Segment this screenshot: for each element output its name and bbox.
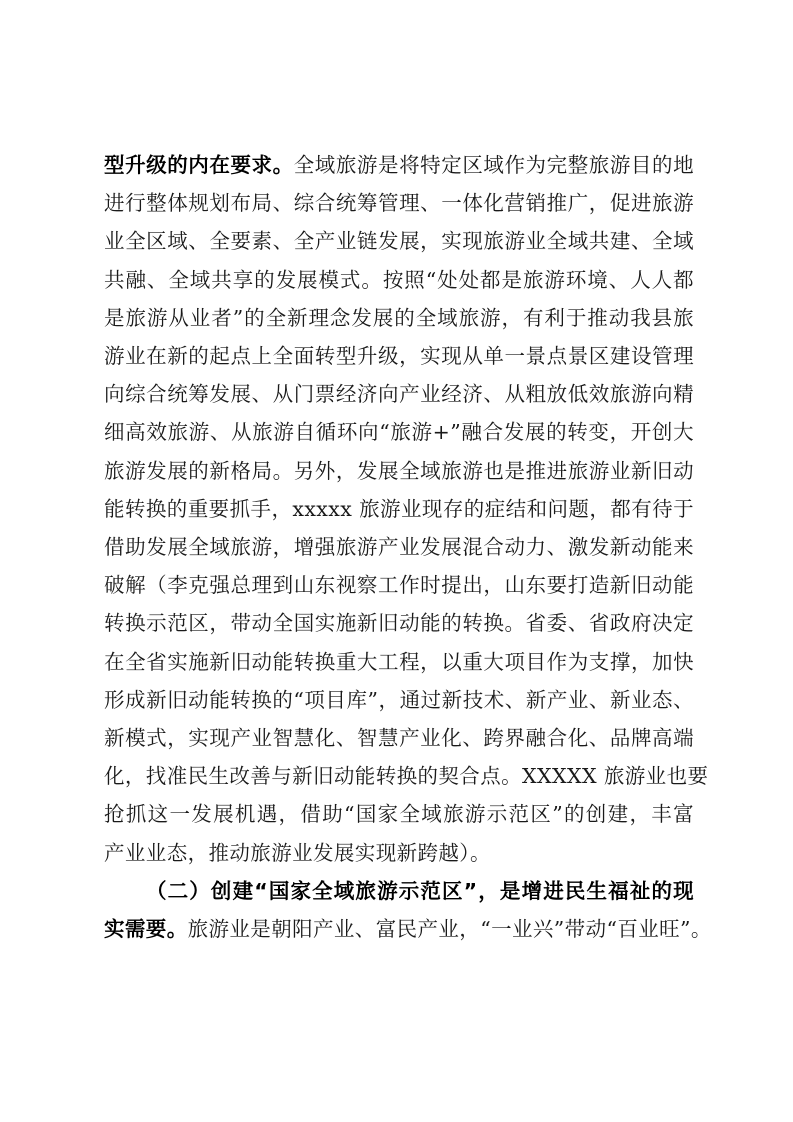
text-line: 向综合统筹发展、从门票经济向产业经济、从粗放低效旅游向精: [104, 375, 694, 413]
paragraph-2: （二）创建“国家全域旅游示范区”，是增进民生福祉的现 实需要。旅游业是朝阳产业、…: [104, 872, 694, 948]
text-line: 新模式，实现产业智慧化、智慧产业化、跨界融合化、品牌高端: [104, 719, 694, 757]
text-line: 细高效旅游、从旅游自循环向“旅游+”融合发展的转变，开创大: [104, 413, 694, 451]
text-line: 业全区域、全要素、全产业链发展，实现旅游业全域共建、全域: [104, 222, 694, 260]
text-line: 转换示范区，带动全国实施新旧动能的转换。省委、省政府决定: [104, 604, 694, 642]
section-heading: （二）创建“国家全域旅游示范区”，是增进民生福祉的现: [146, 879, 694, 903]
text-line: 在全省实施新旧动能转换重大工程，以重大项目作为支撑，加快: [104, 643, 694, 681]
line-text: 旅游业是朝阳产业、富民产业，“一业兴”带动“百业旺”。: [188, 917, 712, 941]
section-heading-tail: 实需要。: [104, 917, 188, 941]
text-line: 实需要。旅游业是朝阳产业、富民产业，“一业兴”带动“百业旺”。: [104, 910, 694, 948]
text-line: 破解（李克强总理到山东视察工作时提出，山东要打造新旧动能: [104, 566, 694, 604]
text-line: 化，找准民生改善与新旧动能转换的契合点。XXXXX 旅游业也要: [104, 757, 694, 795]
text-line: 产业业态，推动旅游业发展实现新跨越）。: [104, 834, 694, 872]
text-line: 旅游发展的新格局。另外，发展全域旅游也是推进旅游业新旧动: [104, 452, 694, 490]
text-line: 游业在新的起点上全面转型升级，实现从单一景点景区建设管理: [104, 337, 694, 375]
text-line: 形成新旧动能转换的“项目库”，通过新技术、新产业、新业态、: [104, 681, 694, 719]
text-line: 抢抓这一发展机遇，借助“国家全域旅游示范区”的创建，丰富: [104, 795, 694, 833]
text-line: 共融、全域共享的发展模式。按照“处处都是旅游环境、人人都: [104, 261, 694, 299]
heading-tail-bold: 型升级的内在要求。: [104, 153, 294, 177]
section-heading-line: （二）创建“国家全域旅游示范区”，是增进民生福祉的现: [104, 872, 694, 910]
line-text: 全域旅游是将特定区域作为完整旅游目的地: [294, 153, 694, 177]
text-line: 借助发展全域旅游，增强旅游产业发展混合动力、激发新动能来: [104, 528, 694, 566]
text-line: 型升级的内在要求。全域旅游是将特定区域作为完整旅游目的地: [104, 146, 694, 184]
text-line: 进行整体规划布局、综合统筹管理、一体化营销推广，促进旅游: [104, 184, 694, 222]
document-page: 型升级的内在要求。全域旅游是将特定区域作为完整旅游目的地 进行整体规划布局、综合…: [104, 146, 694, 948]
text-line: 能转换的重要抓手，xxxxx 旅游业现存的症结和问题，都有待于: [104, 490, 694, 528]
text-line: 是旅游从业者”的全新理念发展的全域旅游，有利于推动我县旅: [104, 299, 694, 337]
paragraph-1: 型升级的内在要求。全域旅游是将特定区域作为完整旅游目的地 进行整体规划布局、综合…: [104, 146, 694, 872]
